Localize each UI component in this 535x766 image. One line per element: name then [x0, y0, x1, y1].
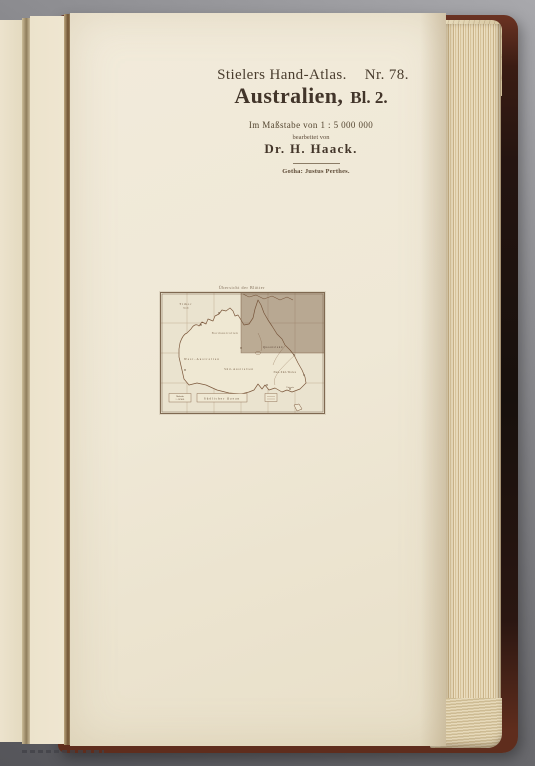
map-label-nw-1: Timor: [179, 302, 192, 306]
scanned-atlas-page: Stielers Hand-Atlas.Nr. 78. Australien, …: [0, 0, 535, 766]
main-title: Australien,: [234, 83, 343, 109]
map-label-north: Nordaustralien: [212, 332, 239, 335]
map-label-south-australia: Süd-Australien: [224, 368, 254, 371]
author-name: Dr. H. Haack.: [264, 141, 357, 157]
map-label-west-australia: West-Australien: [184, 357, 220, 361]
byline: bearbeitet von: [293, 134, 330, 141]
scale-statement: Im Maßstabe von 1 : 5 000 000: [249, 120, 373, 130]
series-title-line: Stielers Hand-Atlas.Nr. 78.: [217, 67, 409, 84]
gutter-shadow-line: [22, 18, 30, 744]
index-map: Übersicht der Blätter: [160, 292, 325, 414]
left-page-edge: [0, 20, 22, 742]
page-stack-fore-edge: [444, 24, 501, 748]
map-label-nw-2: Inseln: [183, 308, 189, 310]
main-title-line: Australien, Bl. 2.: [234, 83, 387, 109]
map-label-queensland: Queensland: [263, 346, 283, 349]
index-map-caption: Übersicht der Blätter: [219, 285, 265, 290]
map-label-southern-ocean: Südlicher Ozean: [204, 397, 240, 401]
index-map-graphic: Timor Inseln Nordaustralien Queensland W…: [161, 293, 324, 413]
sheet-number: Nr. 78.: [365, 67, 409, 83]
publisher-imprint: Gotha: Justus Perthes.: [282, 168, 349, 175]
divider-rule: [293, 163, 340, 164]
main-title-sheet: Bl. 2.: [350, 88, 387, 108]
map-label-nsw: Neu-Süd-Wales: [274, 371, 297, 374]
map-scalebox-line1: Maßstab: [176, 395, 184, 398]
map-label-victoria: Victoria: [286, 386, 295, 389]
map-scalebox-line2: 1 : 20 Mill.: [175, 399, 185, 401]
left-page-edge-inner: [30, 16, 66, 744]
series-title: Stielers Hand-Atlas.: [217, 67, 347, 83]
scan-credit-line: [22, 750, 104, 753]
map-highlight-quadrant: [241, 293, 324, 353]
